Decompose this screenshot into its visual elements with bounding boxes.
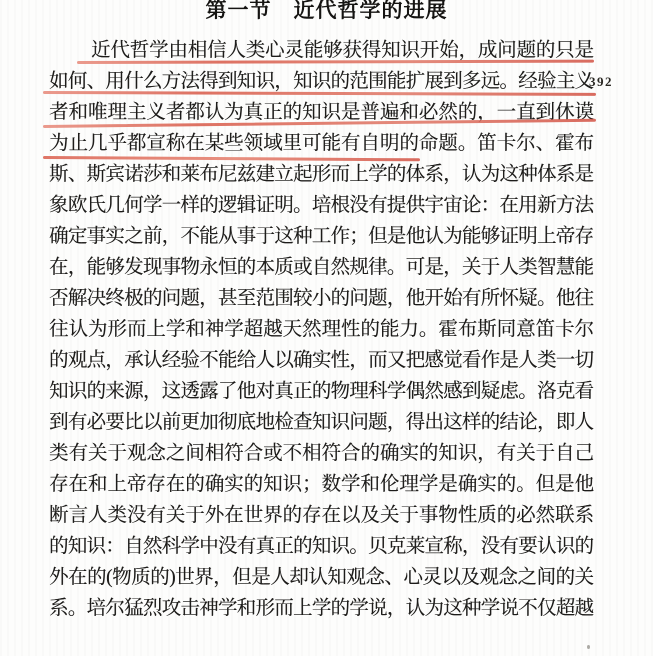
text-line: 斯、斯宾诺莎和莱布尼兹建立起形而上学的体系，认为这种体系是: [49, 159, 594, 190]
text-line: 的观点，承认经验不能给人以确实性，而又把感觉看作是人类一切: [49, 345, 594, 376]
book-page: 第一节 近代哲学的进展 392 近代哲学由相信人类心灵能够获得知识开始，成问题的…: [0, 0, 653, 656]
text-line: 到有必要比以前更加彻底地检查知识问题，得出这样的结论，即人: [49, 407, 594, 438]
text-line: 外在的(物质的)世界，但是人却认知观念、心灵以及观念之间的关: [49, 562, 594, 593]
text-line: 存在和上帝存在的确实的知识；数学和伦理学是确实的。但是他: [49, 469, 594, 500]
text-line: 确定事实之前，不能从事于这种工作；但是他认为能够证明上帝存: [49, 221, 594, 252]
text-line: 为止几乎都宣称在某些领域里可能有自明的命题。笛卡尔、霍布: [49, 128, 594, 159]
text-line: 知识的来源，这透露了他对真正的物理科学偶然感到疑虑。洛克看: [49, 376, 594, 407]
text-line: 象欧氏几何学一样的逻辑证明。培根没有提供宇宙论：在用新方法: [49, 190, 594, 221]
text-line: 类有关于观念之间相符合或不相符合的确实的知识，有关于自己: [49, 438, 594, 469]
scan-speck: [587, 645, 590, 649]
text-line: 在，能够发现事物永恒的本质或自然规律。可是，关于人类智慧能: [49, 252, 594, 283]
text-line: 否解决终极的问题，甚至范围较小的问题，他开始有所怀疑。他往: [49, 283, 594, 314]
text-line: 系。培尔猛烈攻击神学和形而上学的学说，认为这种学说不仅超越: [49, 593, 594, 624]
text-line: 的知识：自然科学中没有真正的知识。贝克莱宣称，没有要认识的: [49, 531, 594, 562]
text-line: 往认为形而上学和神学超越天然理性的能力。霍布斯同意笛卡尔: [49, 314, 594, 345]
section-title: 第一节 近代哲学的进展: [0, 0, 653, 24]
text-line: 断言人类没有关于外在世界的存在以及关于事物性质的必然联系: [49, 500, 594, 531]
